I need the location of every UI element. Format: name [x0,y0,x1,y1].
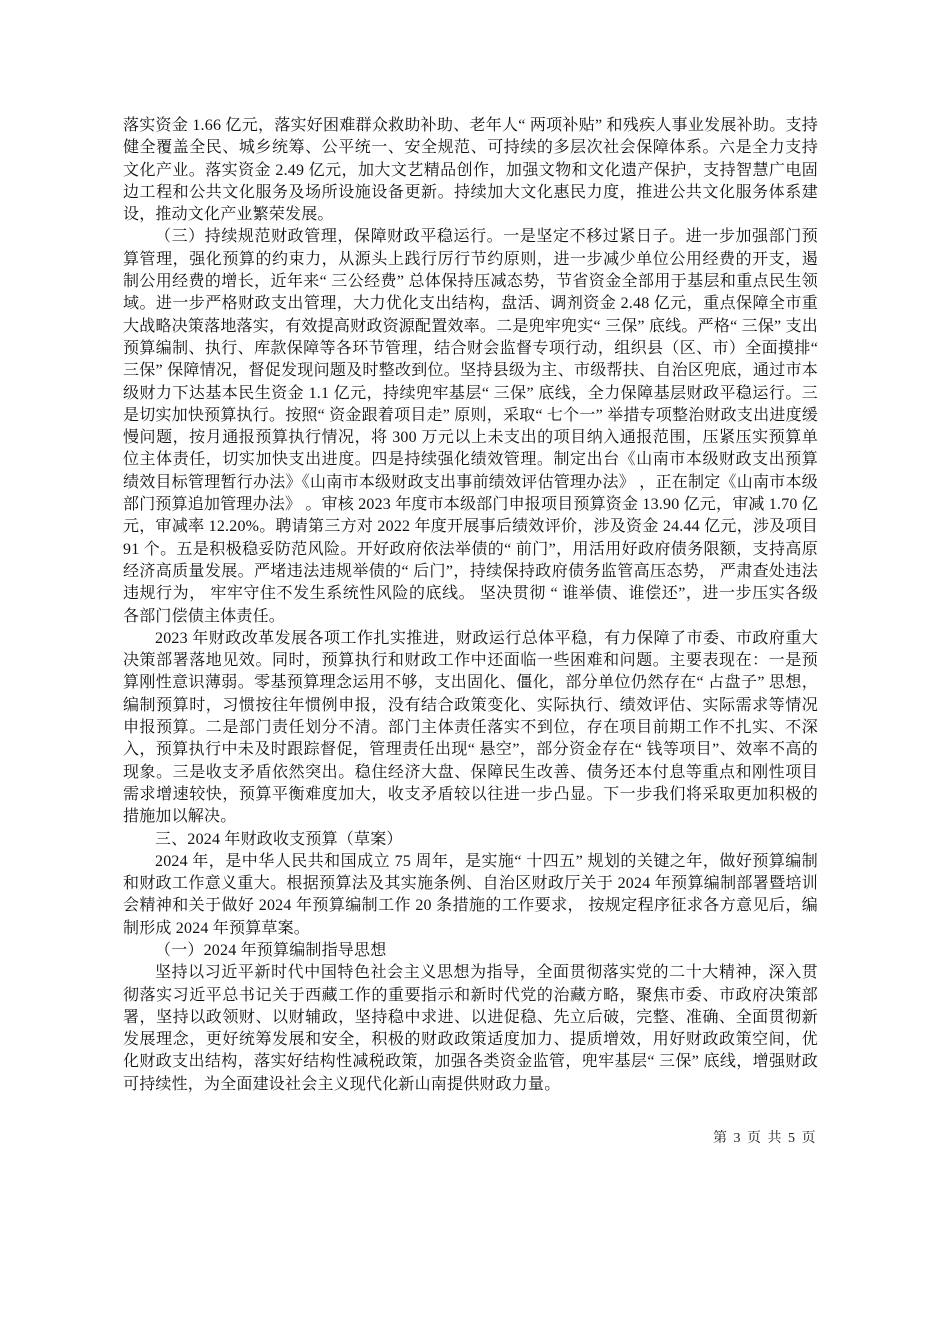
paragraph-problems-summary: 2023 年财政改革发展各项工作扎实推进，财政运行总体平稳，有力保障了市委、市政… [123,628,818,829]
subsection-heading-guiding-principles: （一）2024 年预算编制指导思想 [123,940,818,962]
paragraph-2024-budget-intro: 2024 年，是中华人民共和国成立 75 周年，是实施“ 十四五” 规划的关键之… [123,851,818,940]
page-number: 第 3 页 共 5 页 [713,1127,817,1147]
paragraph-fiscal-management: （三）持续规范财政管理，保障财政平稳运行。一是坚定不移过紧日子。进一步加强部门预… [123,226,818,627]
paragraph-social-security-culture: 落实资金 1.66 亿元，落实好困难群众救助补助、老年人“ 两项补贴” 和残疾人… [123,115,818,226]
document-body: 落实资金 1.66 亿元，落实好困难群众救助补助、老年人“ 两项补贴” 和残疾人… [123,115,818,1096]
paragraph-guiding-principles: 坚持以习近平新时代中国特色社会主义思想为指导，全面贯彻落实党的二十大精神，深入贯… [123,962,818,1096]
document-page: 落实资金 1.66 亿元，落实好困难群众救助补助、老年人“ 两项补贴” 和残疾人… [0,0,950,1344]
section-heading-2024-budget: 三、2024 年财政收支预算（草案） [123,829,818,851]
